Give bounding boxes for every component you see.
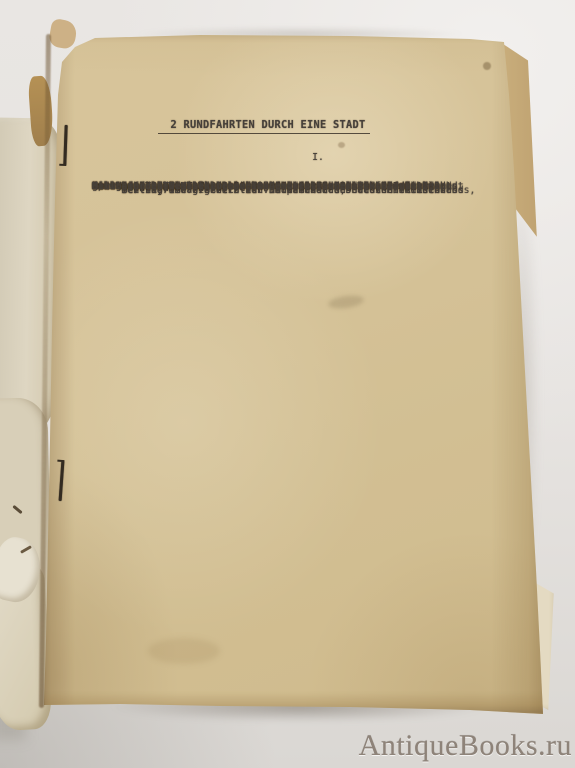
paper-tab [48,18,78,50]
document-page: 2 RUNDFAHRTEN DURCH EINE STADT I. Die au… [0,0,575,768]
document-title-text: 2 RUNDFAHRTEN DURCH EINE STADT [158,119,371,134]
paper-stain [148,638,220,664]
paper-stain [327,294,364,311]
paper-stain [483,62,491,70]
typewritten-text-block: 2 RUNDFAHRTEN DURCH EINE STADT I. Die au… [92,118,472,179]
photo-background: 2 RUNDFAHRTEN DURCH EINE STADT I. Die au… [0,0,575,768]
watermark: AntiqueBooks.ru [359,729,572,763]
document-title: 2 RUNDFAHRTEN DURCH EINE STADT [74,118,454,136]
typewritten-line: Mill. in den Westsektoren. [92,179,245,194]
section-numeral: I. [128,150,508,165]
